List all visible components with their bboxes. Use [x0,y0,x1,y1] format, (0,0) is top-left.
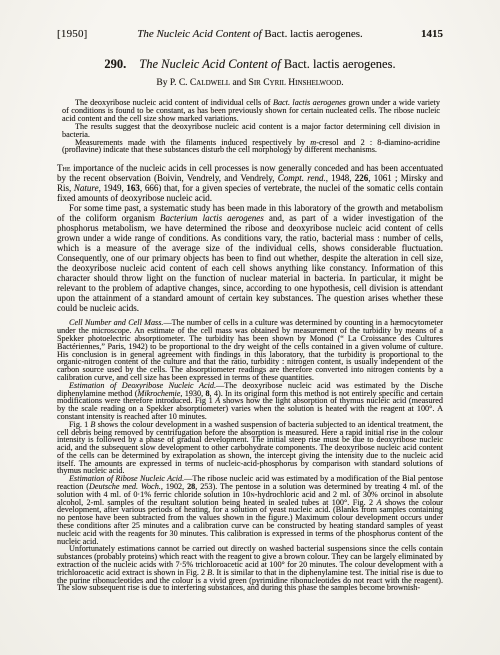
journal-page: [1950] The Nucleic Acid Content of Bact.… [0,0,500,655]
text-segment: , 1949, [99,183,127,193]
text-segment: shows the colour development in a washed… [57,420,443,476]
text-segment: 163 [126,183,140,193]
abstract-paragraph: The results suggest that the deoxyribose… [62,123,440,139]
text-segment: The Nucleic Acid Content of [139,57,284,71]
byline: By P. C. Caldwell and Sir Cyril Hinshelw… [57,78,443,89]
abstract-paragraph: The deoxyribose nucleic acid content of … [62,99,440,123]
running-head-page-number: 1415 [373,28,443,40]
abstract-paragraph: Measurements made with the filaments ind… [62,139,440,155]
text-segment: . [341,78,343,88]
methods-paragraph-deoxyribose-estimation: Estimation of Deoxyribose Nucleic Acid.—… [57,382,443,421]
running-head: [1950] The Nucleic Acid Content of Bact.… [57,28,443,40]
methods-paragraph-ribose-estimation: Estimation of Ribose Nucleic Acid.—The r… [57,475,443,545]
text-segment: Bacterium lactis aerogenes [160,213,264,223]
text-segment: Bact. lactis aerogenes. [284,57,396,71]
text-segment: , 1948, [326,173,355,183]
running-head-year: [1950] [57,28,127,40]
methods-paragraph-fig1b: Fig. 1 B shows the colour development in… [57,421,443,476]
text-segment: —The number of cells in a culture was de… [57,318,443,382]
text-segment: Compt. rend. [278,173,326,183]
text-segment: and, as part of a wider investigation of… [57,213,443,313]
article-number: 290. [104,57,126,71]
running-head-title: The Nucleic Acid Content of Bact. lactis… [127,28,373,40]
body-paragraph: For some time past, a systematic study h… [57,203,443,313]
article-title-text: The Nucleic Acid Content of Bact. lactis… [139,57,395,71]
abstract: The deoxyribose nucleic acid content of … [62,99,440,154]
introduction: The importance of the nucleic acids in c… [57,163,443,313]
body-paragraph: The importance of the nucleic acids in c… [57,163,443,203]
text-segment: Nature [74,183,99,193]
text-segment: The results suggest that the deoxyribose… [62,122,440,139]
methods: Cell Number and Cell Mass.—The number of… [57,319,443,592]
text-segment: The Nucleic Acid Content of [137,28,264,40]
text-segment: 226 [355,173,369,183]
article-title: 290.The Nucleic Acid Content of Bact. la… [57,57,443,71]
methods-paragraph-cell-number: Cell Number and Cell Mass.—The number of… [57,319,443,381]
text-segment: Bact. lactis aerogenes. [264,28,362,40]
methods-paragraph-direct-estimation: Unfortunately estimations cannot be carr… [57,545,443,592]
text-segment: Sir Cyril Hinshelwood [249,78,342,88]
text-segment: The [57,163,71,173]
text-segment: and [230,78,248,88]
text-segment: By P. C. [156,78,190,88]
text-segment: Caldwell [190,78,230,88]
text-segment: shows the colour development, after vari… [57,498,443,546]
